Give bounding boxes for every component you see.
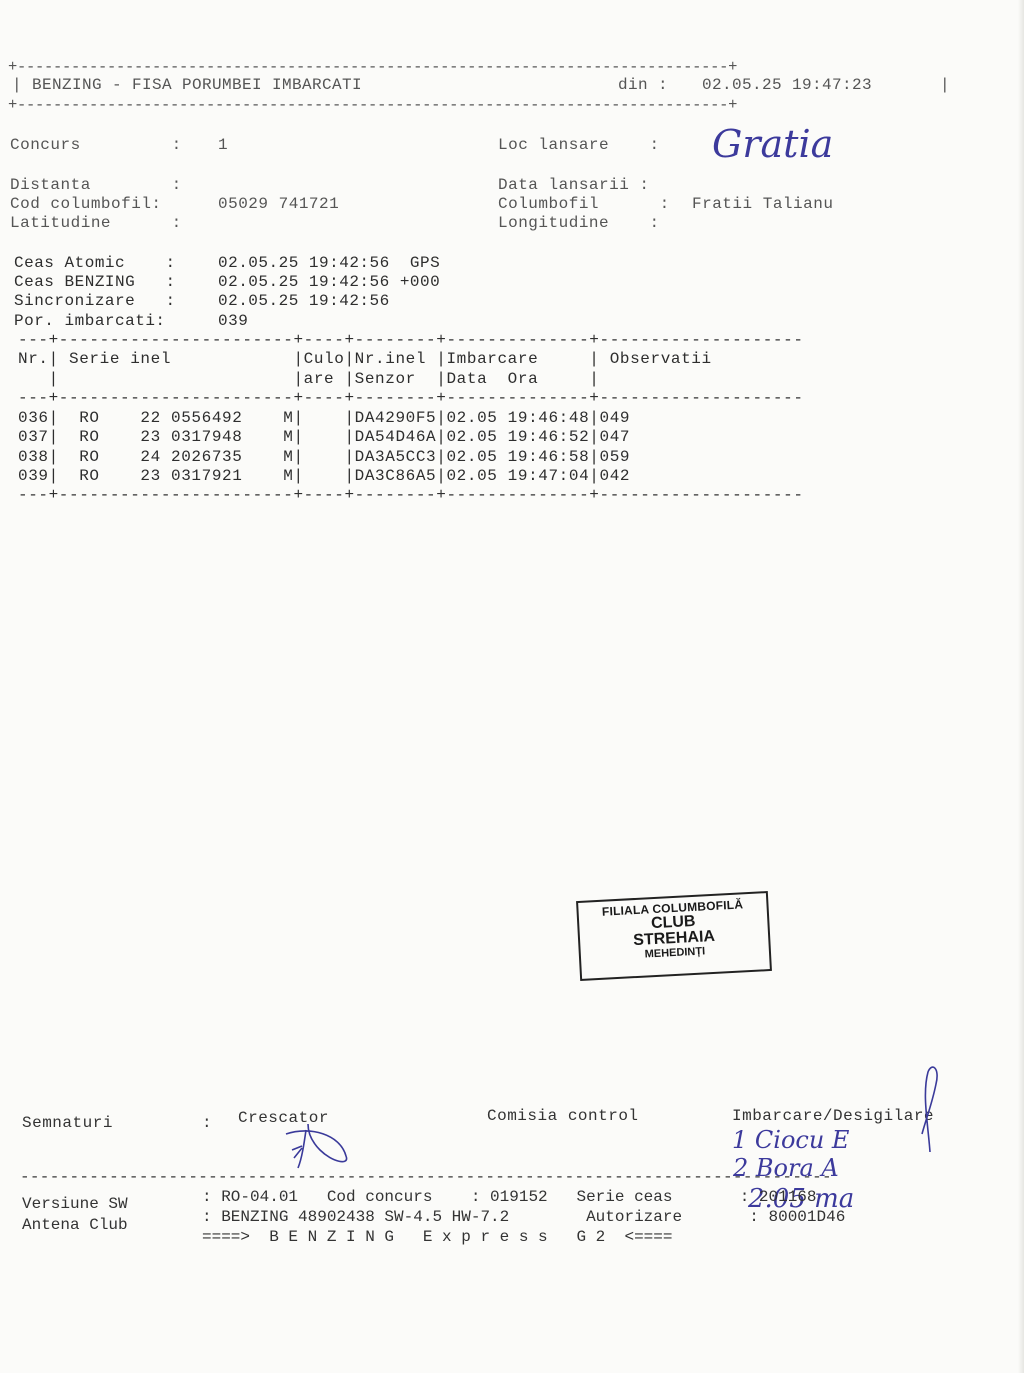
crescator-signature-icon (280, 1120, 360, 1172)
table-row: 036| RO 22 0556492 M| |DA4290F5|02.05 19… (18, 409, 630, 429)
handwritten-loc-lansare: Gratia (712, 122, 833, 166)
table-rule-bottom: ---+-----------------------+----+-------… (18, 486, 804, 506)
clock-value-benzing: 02.05.25 19:42:56 +000 (218, 273, 440, 291)
clock-value-atomic: 02.05.25 19:42:56 GPS (218, 254, 440, 272)
pigeons-count-value: 039 (218, 312, 248, 330)
imbarcare-signature-icon (900, 1064, 960, 1154)
clock-value-sincronizare: 02.05.25 19:42:56 (218, 292, 390, 310)
info-label-columbofil: Columbofil : (498, 195, 670, 213)
footer-antena-value: : BENZING 48902438 SW-4.5 HW-7.2 Autoriz… (202, 1208, 845, 1226)
footer-versiune-label: Versiune SW (22, 1195, 128, 1213)
info-label-latitudine: Latitudine : (10, 214, 182, 232)
info-label-concurs: Concurs : (10, 136, 182, 154)
info-label-longitudine: Longitudine : (498, 214, 660, 232)
info-value-concurs: 1 (218, 136, 228, 154)
table-header-row-1: Nr.| Serie inel |Culo|Nr.inel |Imbarcare… (18, 350, 712, 370)
document-title: | BENZING - FISA PORUMBEI IMBARCATI (12, 76, 362, 94)
signatures-colon: : (202, 1114, 212, 1132)
info-label-cod-columbofil: Cod columbofil: (10, 195, 162, 213)
footer-rule: ----------------------------------------… (20, 1168, 832, 1186)
header-bar-right: | (940, 76, 950, 94)
pigeons-count-label: Por. imbarcati: (14, 312, 166, 330)
header-date-label: din : (618, 76, 668, 94)
signatures-label: Semnaturi (22, 1114, 113, 1132)
clock-label-sincronizare: Sincronizare : (14, 292, 176, 310)
table-rule-mid: ---+-----------------------+----+-------… (18, 389, 804, 409)
table-row: 039| RO 23 0317921 M| |DA3C86A5|02.05 19… (18, 467, 630, 487)
club-stamp: FILIALA COLUMBOFILĂ CLUB STREHAIA MEHEDI… (576, 891, 772, 981)
signature-comisia-label: Comisia control (487, 1107, 639, 1125)
footer-versiune-value: : RO-04.01 Cod concurs : 019152 Serie ce… (202, 1188, 817, 1206)
clock-label-benzing: Ceas BENZING : (14, 273, 176, 291)
footer-brand-line: ====> B E N Z I N G E x p r e s s G 2 <=… (202, 1228, 672, 1246)
page-edge-shadow (1018, 0, 1024, 1373)
info-label-loc-lansare: Loc lansare : (498, 136, 660, 154)
info-value-columbofil: Fratii Talianu (692, 195, 833, 213)
footer-antena-label: Antena Club (22, 1216, 128, 1234)
info-value-cod-columbofil: 05029 741721 (218, 195, 339, 213)
table-row: 037| RO 23 0317948 M| |DA54D46A|02.05 19… (18, 428, 630, 448)
handwritten-commissioner-1: 1 Ciocu E (732, 1126, 849, 1154)
info-label-distanta: Distanta : (10, 176, 182, 194)
clock-label-atomic: Ceas Atomic : (14, 254, 176, 272)
header-date-value: 02.05.25 19:47:23 (702, 76, 872, 94)
header-border-top: +---------------------------------------… (8, 58, 737, 76)
info-label-data-lansarii: Data lansarii : (498, 176, 650, 194)
header-border-bottom: +---------------------------------------… (8, 96, 737, 114)
table-row: 038| RO 24 2026735 M| |DA3A5CC3|02.05 19… (18, 448, 630, 468)
table-rule-top: ---+-----------------------+----+-------… (18, 331, 804, 351)
table-header-row-2: | |are |Senzor |Data Ora | (18, 370, 600, 390)
